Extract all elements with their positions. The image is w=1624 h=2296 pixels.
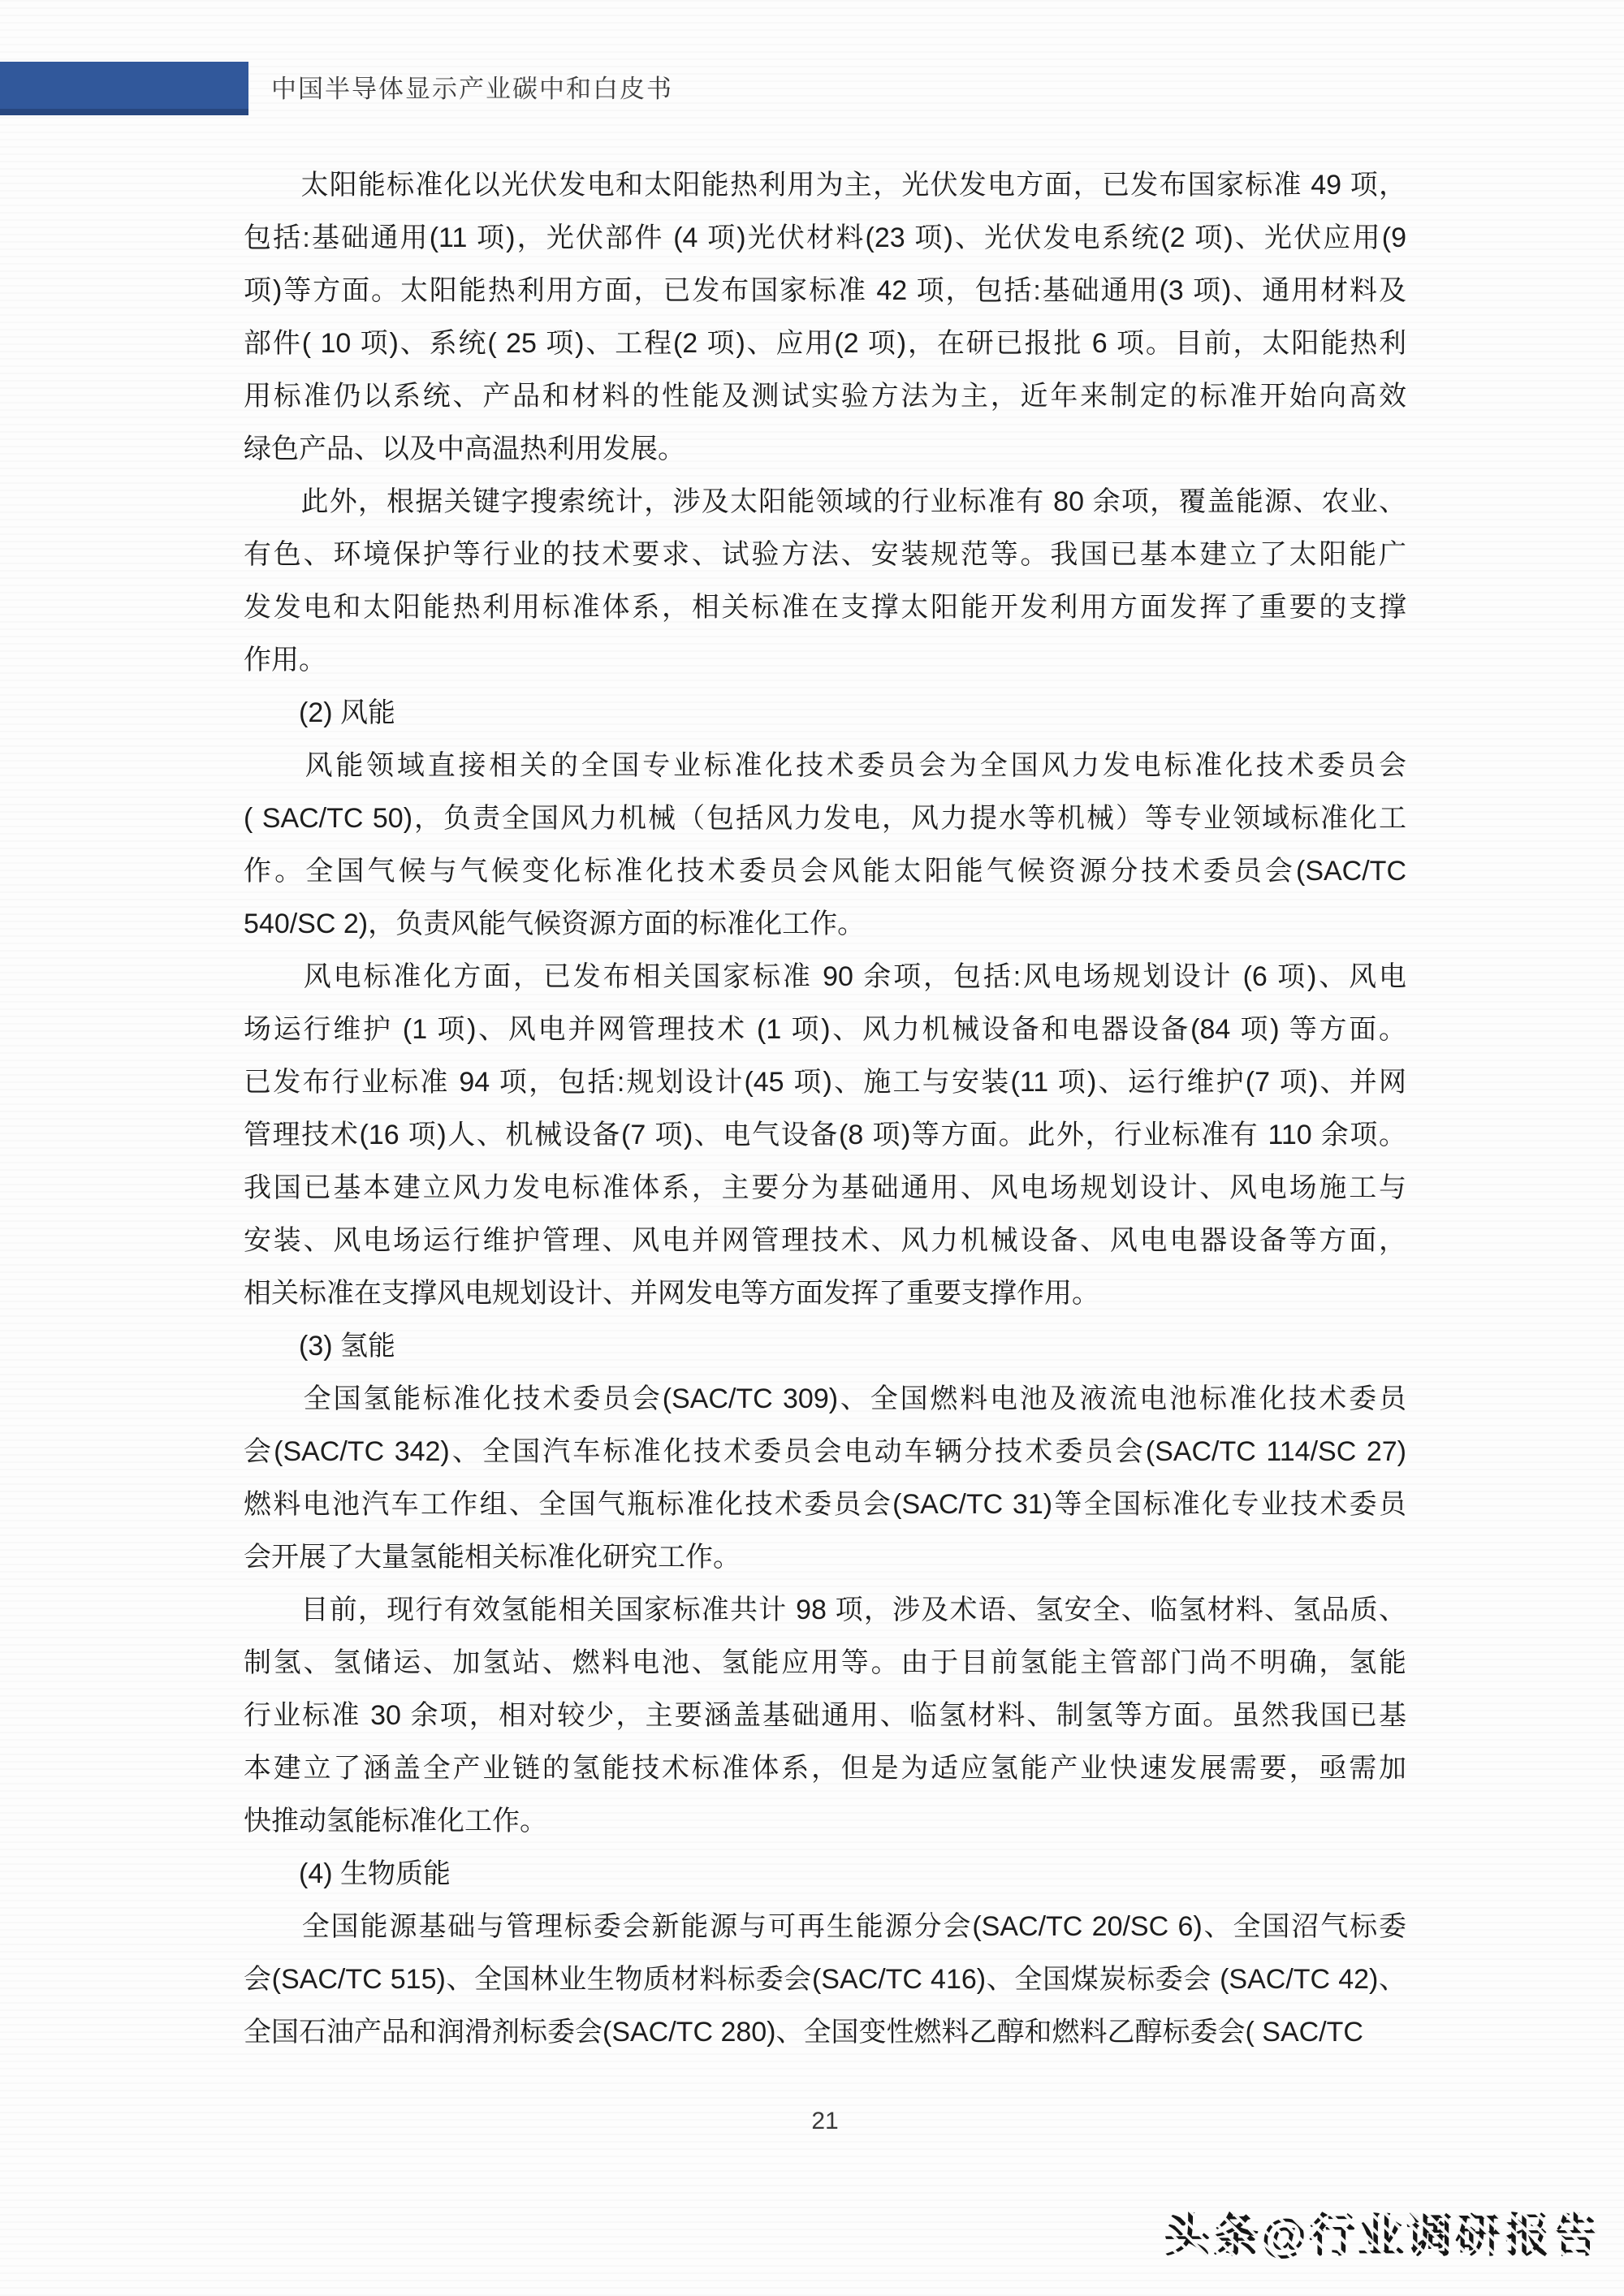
text-line: 场运行维护 (1 项)、风电并网管理技术 (1 项)、风力机械设备和电器设备(8… [244, 1003, 1406, 1056]
text-line: 包括:基础通用(11 项)，光伏部件 (4 项)光伏材料(23 项)、光伏发电系… [244, 212, 1406, 265]
text-line: 会开展了大量氢能相关标准化研究工作。 [244, 1531, 1406, 1584]
text-line: 部件( 10 项)、系统( 25 项)、工程(2 项)、应用(2 项)，在研已报… [244, 317, 1406, 370]
document-header-title: 中国半导体显示产业碳中和白皮书 [271, 70, 673, 109]
paragraph: 风能领域直接相关的全国专业标准化技术委员会为全国风力发电标准化技术委员会( SA… [244, 740, 1406, 951]
text-line: 本建立了涵盖全产业链的氢能技术标准体系，但是为适应氢能产业快速发展需要，亟需加 [244, 1742, 1406, 1795]
text-line: 风能领域直接相关的全国专业标准化技术委员会为全国风力发电标准化技术委员会 [244, 740, 1406, 792]
text-line: (3) 氢能 [244, 1320, 1406, 1373]
section-heading: (2) 风能 [244, 687, 1406, 740]
text-line: 燃料电池汽车工作组、全国气瓶标准化技术委员会(SAC/TC 31)等全国标准化专… [244, 1478, 1406, 1531]
paragraph: 全国氢能标准化技术委员会(SAC/TC 309)、全国燃料电池及液流电池标准化技… [244, 1373, 1406, 1584]
header-accent-bar [0, 62, 248, 115]
text-line: 行业标准 30 余项，相对较少，主要涵盖基础通用、临氢材料、制氢等方面。虽然我国… [244, 1690, 1406, 1742]
page-number: 21 [244, 2108, 1406, 2135]
text-line: 全国能源基础与管理标委会新能源与可再生能源分会(SAC/TC 20/SC 6)、… [244, 1901, 1406, 1953]
text-line: (4) 生物质能 [244, 1848, 1406, 1901]
paragraph: 全国能源基础与管理标委会新能源与可再生能源分会(SAC/TC 20/SC 6)、… [244, 1901, 1406, 2059]
text-line: 已发布行业标准 94 项，包括:规划设计(45 项)、施工与安装(11 项)、运… [244, 1056, 1406, 1109]
text-line: 制氢、氢储运、加氢站、燃料电池、氢能应用等。由于目前氢能主管部门尚不明确，氢能 [244, 1637, 1406, 1690]
text-line: 有色、环境保护等行业的技术要求、试验方法、安装规范等。我国已基本建立了太阳能广 [244, 529, 1406, 581]
text-line: 绿色产品、以及中高温热利用发展。 [244, 423, 1406, 476]
text-line: 发发电和太阳能热利用标准体系，相关标准在支撑太阳能开发利用方面发挥了重要的支撑 [244, 581, 1406, 634]
section-heading: (4) 生物质能 [244, 1848, 1406, 1901]
text-line: 太阳能标准化以光伏发电和太阳能热利用为主，光伏发电方面，已发布国家标准 49 项… [244, 159, 1406, 212]
text-line: 相关标准在支撑风电规划设计、并网发电等方面发挥了重要支撑作用。 [244, 1267, 1406, 1320]
paragraph: 目前，现行有效氢能相关国家标准共计 98 项，涉及术语、氢安全、临氢材料、氢品质… [244, 1584, 1406, 1848]
paragraph: 太阳能标准化以光伏发电和太阳能热利用为主，光伏发电方面，已发布国家标准 49 项… [244, 159, 1406, 476]
paragraph: 风电标准化方面，已发布相关国家标准 90 余项，包括:风电场规划设计 (6 项)… [244, 951, 1406, 1320]
document-page: 中国半导体显示产业碳中和白皮书 太阳能标准化以光伏发电和太阳能热利用为主，光伏发… [0, 0, 1624, 2296]
text-line: ( SAC/TC 50)，负责全国风力机械（包括风力发电，风力提水等机械）等专业… [244, 792, 1406, 845]
watermark-text: 头条@行业调研报告 [1164, 2199, 1601, 2265]
text-line: 风电标准化方面，已发布相关国家标准 90 余项，包括:风电场规划设计 (6 项)… [244, 951, 1406, 1003]
text-line: 用标准仍以系统、产品和材料的性能及测试实验方法为主，近年来制定的标准开始向高效 [244, 370, 1406, 423]
text-line: 作用。 [244, 634, 1406, 687]
body-text-block: 太阳能标准化以光伏发电和太阳能热利用为主，光伏发电方面，已发布国家标准 49 项… [244, 159, 1406, 2059]
section-heading: (3) 氢能 [244, 1320, 1406, 1373]
text-line: 作。全国气候与气候变化标准化技术委员会风能太阳能气候资源分技术委员会(SAC/T… [244, 845, 1406, 898]
text-line: 此外，根据关键字搜索统计，涉及太阳能领域的行业标准有 80 余项，覆盖能源、农业… [244, 476, 1406, 529]
text-line: 会(SAC/TC 515)、全国林业生物质材料标委会(SAC/TC 416)、全… [244, 1953, 1406, 2006]
text-line: 会(SAC/TC 342)、全国汽车标准化技术委员会电动车辆分技术委员会(SAC… [244, 1426, 1406, 1478]
text-line: 我国已基本建立风力发电标准体系，主要分为基础通用、风电场规划设计、风电场施工与 [244, 1162, 1406, 1215]
paragraph: 此外，根据关键字搜索统计，涉及太阳能领域的行业标准有 80 余项，覆盖能源、农业… [244, 476, 1406, 687]
text-line: 全国氢能标准化技术委员会(SAC/TC 309)、全国燃料电池及液流电池标准化技… [244, 1373, 1406, 1426]
text-line: 全国石油产品和润滑剂标委会(SAC/TC 280)、全国变性燃料乙醇和燃料乙醇标… [244, 2006, 1406, 2059]
text-line: 管理技术(16 项)人、机械设备(7 项)、电气设备(8 项)等方面。此外，行业… [244, 1109, 1406, 1162]
text-line: (2) 风能 [244, 687, 1406, 740]
text-line: 项)等方面。太阳能热利用方面，已发布国家标准 42 项，包括:基础通用(3 项)… [244, 265, 1406, 317]
text-line: 快推动氢能标准化工作。 [244, 1795, 1406, 1848]
text-line: 540/SC 2)，负责风能气候资源方面的标准化工作。 [244, 898, 1406, 951]
text-line: 安装、风电场运行维护管理、风电并网管理技术、风力机械设备、风电电器设备等方面， [244, 1215, 1406, 1267]
text-line: 目前，现行有效氢能相关国家标准共计 98 项，涉及术语、氢安全、临氢材料、氢品质… [244, 1584, 1406, 1637]
